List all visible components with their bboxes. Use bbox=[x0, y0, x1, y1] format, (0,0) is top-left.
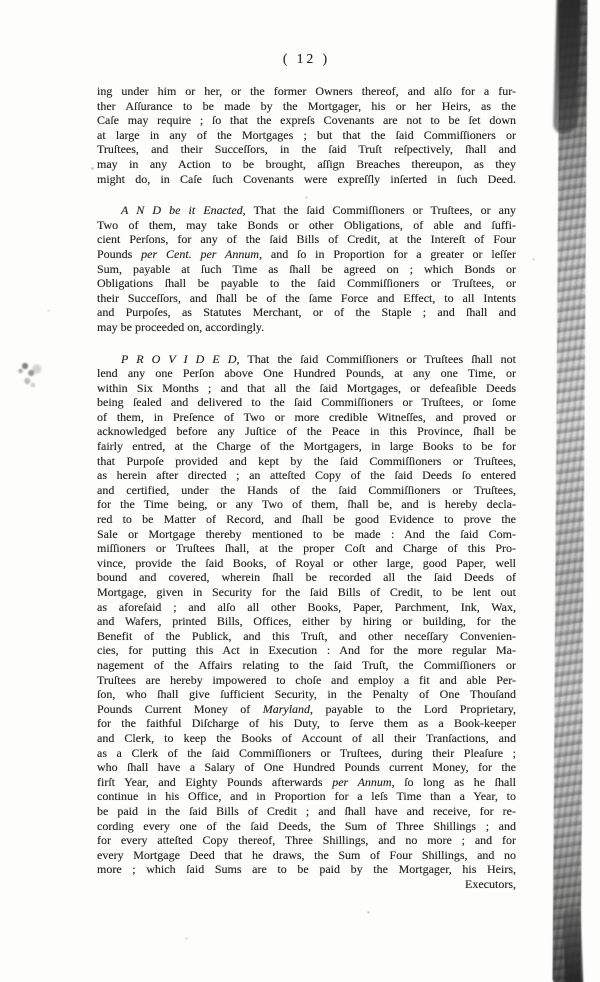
text-line: continue in his Office, and in Proportio… bbox=[97, 789, 516, 804]
text-line: for the Time being, or any Two of them, … bbox=[97, 497, 516, 512]
text-line: vince, provide the ſaid Books, of Royal … bbox=[97, 556, 516, 571]
text-line: may be proceeded on, accordingly. bbox=[97, 320, 516, 335]
text-line: cies, for putting this Act in Execution … bbox=[97, 643, 516, 658]
scanned-document-page: ( 12 ) ing under him or her, or the form… bbox=[0, 0, 600, 982]
text-line: firſt Year, and Eighty Pounds afterwards… bbox=[97, 775, 516, 790]
paragraphs: ing under him or her, or the former Owne… bbox=[97, 84, 516, 877]
binding-stain-bottom bbox=[563, 908, 584, 982]
text-line: miſſioners or Truſtees ſhall, at the pro… bbox=[97, 541, 516, 556]
binding-stain bbox=[553, 0, 588, 982]
text-line: Truſtees, and their Succeſſors, in the ſ… bbox=[97, 142, 516, 157]
text-line: nagement of the Affairs relating to the … bbox=[97, 658, 516, 673]
text-line: be paid in the ſaid Bills of Credit ; an… bbox=[97, 804, 516, 819]
text-line: might do, in Caſe ſuch Covenants were ex… bbox=[97, 172, 516, 187]
text-line: more ; which ſaid Sums are to be paid by… bbox=[97, 862, 516, 877]
text-line: ing under him or her, or the former Owne… bbox=[97, 84, 516, 99]
text-line: cient Perſons, for any of the ſaid Bills… bbox=[97, 232, 516, 247]
text-line: P R O V I D E D, That the ſaid Commiſſio… bbox=[97, 352, 516, 367]
text-line: Caſe may require ; ſo that the expreſs C… bbox=[97, 113, 516, 128]
text-line: may in any Action to be brought, aſſign … bbox=[97, 157, 516, 172]
text-line: within Six Months ; and that all the ſai… bbox=[97, 381, 516, 396]
text-line: A N D be it Enacted, That the ſaid Commi… bbox=[97, 203, 516, 218]
text-line: who ſhall have a Salary of One Hundred P… bbox=[97, 760, 516, 775]
text-line: Truſtees are hereby impowered to choſe a… bbox=[97, 673, 516, 688]
text-line: Benefit of the Publick, and this Truſt, … bbox=[97, 629, 516, 644]
text-line: bound and covered, wherein ſhall be reco… bbox=[97, 570, 516, 585]
text-line: Pounds per Cent. per Annum, and ſo in Pr… bbox=[97, 247, 516, 262]
text-line: lend any one Perſon above One Hundred Po… bbox=[97, 366, 516, 381]
paragraph: P R O V I D E D, That the ſaid Commiſſio… bbox=[97, 352, 516, 877]
catchword: Executors, bbox=[97, 877, 516, 892]
text-line: as a Clerk of the ſaid Commiſſioners or … bbox=[97, 746, 516, 761]
text-line: every Mortgage Deed that he draws, the S… bbox=[97, 848, 516, 863]
text-line: for the faithful Diſcharge of his Duty, … bbox=[97, 716, 516, 731]
page-number-header: ( 12 ) bbox=[97, 51, 516, 67]
text-line: and certified, under the Hands of the ſa… bbox=[97, 483, 516, 498]
text-line: that Purpoſe provided and kept by the ſa… bbox=[97, 454, 516, 469]
text-line: and Clerk, to keep the Books of Account … bbox=[97, 731, 516, 746]
text-line: red to be Matter of Record, and ſhall be… bbox=[97, 512, 516, 527]
text-line: Pounds Current Money of Maryland, payabl… bbox=[97, 702, 516, 717]
text-line: cording every one of the ſaid Deeds, the… bbox=[97, 819, 516, 834]
text-line: and Purpoſes, as Statutes Merchant, or o… bbox=[97, 305, 516, 320]
text-line: as aforeſaid ; and alſo all other Books,… bbox=[97, 600, 516, 615]
text-line: Sale or Mortgage thereby mentioned to be… bbox=[97, 527, 516, 542]
text-line: at large in any of the Mortgages ; but t… bbox=[97, 128, 516, 143]
text-line: Two of them, may take Bonds or other Obl… bbox=[97, 218, 516, 233]
text-line: being ſealed and delivered to the ſaid C… bbox=[97, 395, 516, 410]
text-line: Mortgage, given in Security for the ſaid… bbox=[97, 585, 516, 600]
text-line: as herein after directed ; an atteſted C… bbox=[97, 468, 516, 483]
paragraph: A N D be it Enacted, That the ſaid Commi… bbox=[97, 203, 516, 334]
text-line: and Wafers, printed Bills, Offices, eith… bbox=[97, 614, 516, 629]
text-line: of them, in Preſence of Two or more cred… bbox=[97, 410, 516, 425]
text-line: for every atteſted Copy thereof, Three S… bbox=[97, 833, 516, 848]
text-line: their Succeſſors, and ſhall be of the ſa… bbox=[97, 291, 516, 306]
binding-stain-top bbox=[553, 0, 581, 134]
text-line: acknowledged before any Juſtice of the P… bbox=[97, 424, 516, 439]
text-line: fairly entred, at the Charge of the Mort… bbox=[97, 439, 516, 454]
text-line: ſon, who ſhall give ſufficient Security,… bbox=[97, 687, 516, 702]
text-column: ing under him or her, or the former Owne… bbox=[97, 84, 516, 891]
text-line: Sum, payable at ſuch Time as ſhall be ag… bbox=[97, 262, 516, 277]
paper-specks bbox=[0, 0, 1, 1]
text-line: Obligations ſhall be payable to the ſaid… bbox=[97, 276, 516, 291]
paragraph: ing under him or her, or the former Owne… bbox=[97, 84, 516, 186]
ink-smudge bbox=[6, 352, 62, 402]
text-line: ther Aſſurance to be made by the Mortgag… bbox=[97, 99, 516, 114]
